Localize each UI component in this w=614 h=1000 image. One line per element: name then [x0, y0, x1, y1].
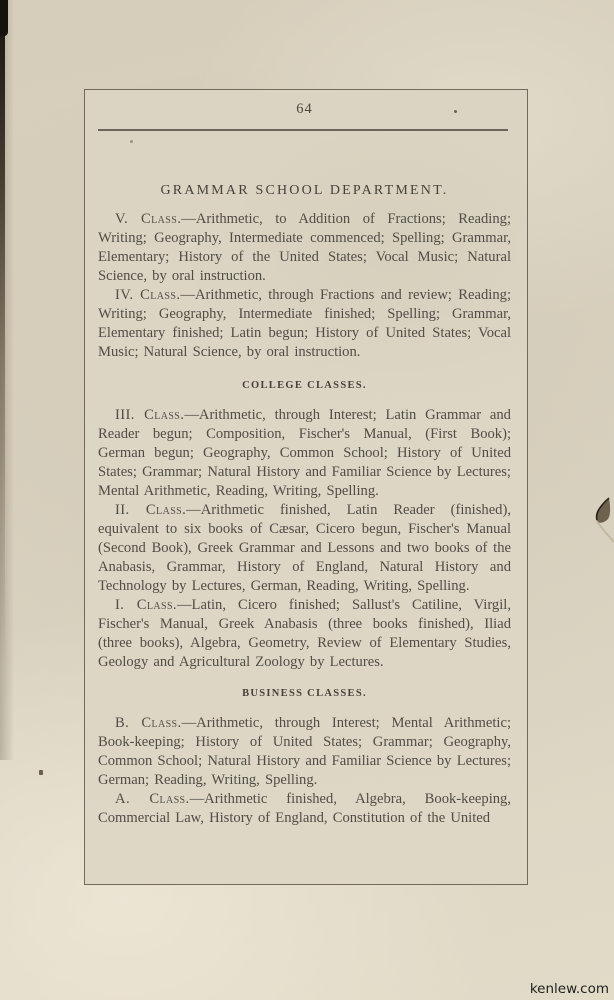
class-label: III. Class. — [115, 407, 184, 423]
section-grammar-school: V. Class.—Arithmetic, to Addition of Fra… — [98, 210, 511, 362]
book-gutter-edge — [0, 0, 5, 660]
class-label: A. Class. — [115, 791, 190, 807]
section-heading-college-classes: COLLEGE CLASSES. — [98, 379, 511, 393]
header-rule — [98, 129, 508, 131]
section-college-classes: III. Class.—Arithmetic, through Interest… — [98, 406, 511, 672]
section-heading-business-classes: BUSINESS CLASSES. — [98, 687, 511, 701]
ink-speck — [130, 140, 133, 143]
page-title: GRAMMAR SCHOOL DEPARTMENT. — [98, 182, 511, 199]
class-label: IV. Class. — [115, 287, 180, 303]
paragraph-class-ii: II. Class.—Arithmetic finished, Latin Re… — [98, 501, 511, 596]
page-content: 64 GRAMMAR SCHOOL DEPARTMENT. V. Class.—… — [85, 100, 527, 828]
paragraph-class-iii: III. Class.—Arithmetic, through Interest… — [98, 406, 511, 501]
section-business-classes: B. Class.—Arithmetic, through Interest; … — [98, 714, 511, 828]
paragraph-class-i: I. Class.—Latin, Cicero finished; Sallus… — [98, 596, 511, 672]
page-tear-mark — [585, 492, 614, 548]
ink-speck — [454, 110, 457, 113]
page-number: 64 — [98, 100, 511, 118]
class-label: B. Class. — [115, 715, 182, 731]
paragraph-class-a: A. Class.—Arithmetic finished, Algebra, … — [98, 790, 511, 828]
page-border-frame: 64 GRAMMAR SCHOOL DEPARTMENT. V. Class.—… — [84, 89, 528, 885]
class-label: V. Class. — [115, 211, 181, 227]
class-label: II. Class. — [115, 502, 186, 518]
scanned-page: 64 GRAMMAR SCHOOL DEPARTMENT. V. Class.—… — [0, 0, 614, 1000]
watermark: kenlew.com — [530, 981, 609, 997]
scan-corner-mark — [0, 0, 8, 36]
paragraph-class-b: B. Class.—Arithmetic, through Interest; … — [98, 714, 511, 790]
paragraph-class-v: V. Class.—Arithmetic, to Addition of Fra… — [98, 210, 511, 286]
class-label: I. Class. — [115, 597, 177, 613]
ink-speck — [39, 770, 43, 775]
paragraph-class-iv: IV. Class.—Arithmetic, through Fractions… — [98, 286, 511, 362]
